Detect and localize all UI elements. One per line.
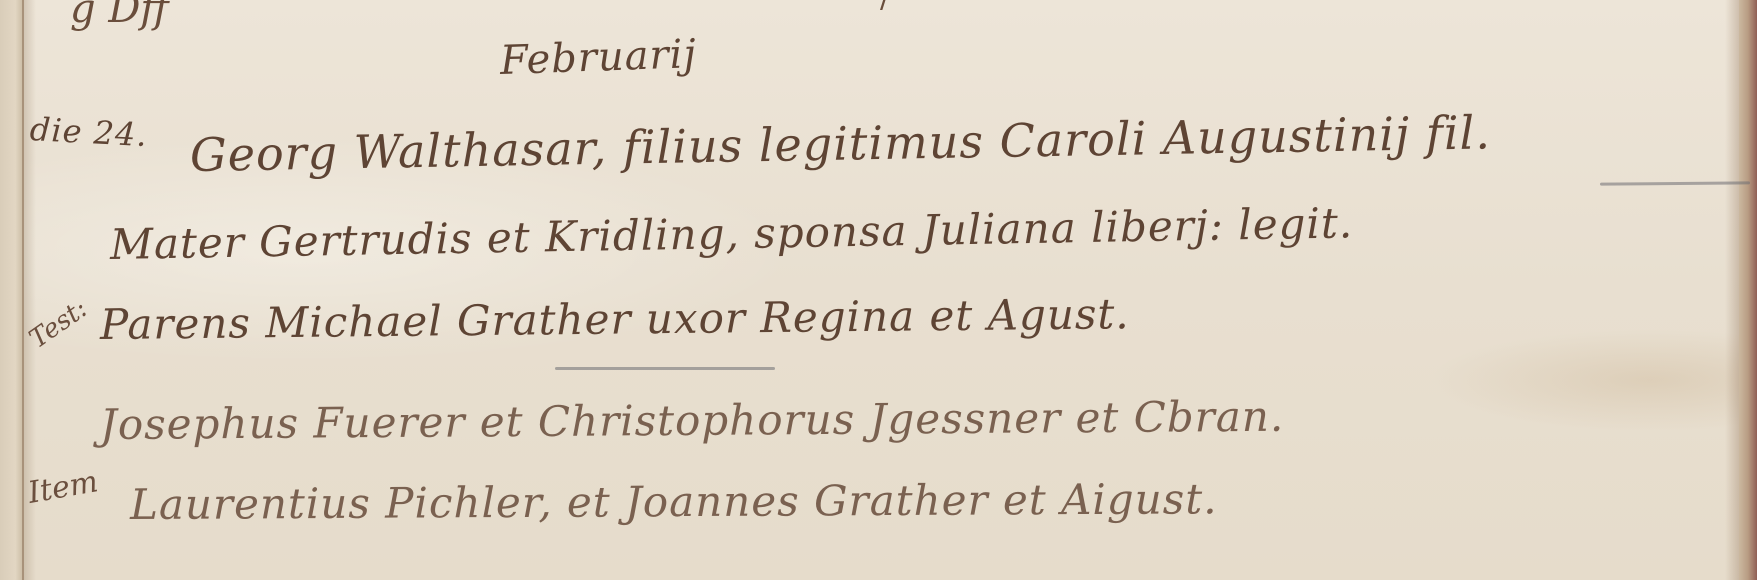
page-edge-right: [1739, 0, 1757, 580]
margin-note-item: Item: [25, 464, 100, 511]
page-edge-shadow: [1725, 0, 1739, 580]
entry-line-4: Josephus Fuerer et Christophorus Jgessne…: [100, 392, 1285, 449]
entry-line-2: Mater Gertrudis et Kridling, sponsa Juli…: [110, 198, 1354, 269]
entry-line-5: Laurentius Pichler, et Joannes Grather e…: [130, 474, 1218, 529]
previous-entry-fragment: g Dff: [70, 0, 169, 32]
binding-left-strip: [0, 0, 22, 580]
previous-entry-stroke: /: [880, 0, 890, 15]
entry-line-3: Parens Michael Grather uxor Regina et Ag…: [100, 289, 1130, 349]
entry-line-1: Georg Walthasar, filius legitimus Caroli…: [190, 105, 1492, 182]
register-page: g Dff / Februarij die 24. Georg Walthasa…: [0, 0, 1757, 580]
entry-date: die 24.: [29, 110, 149, 154]
month-heading: Februarij: [499, 31, 697, 84]
pencil-underline-mark: [555, 367, 775, 370]
